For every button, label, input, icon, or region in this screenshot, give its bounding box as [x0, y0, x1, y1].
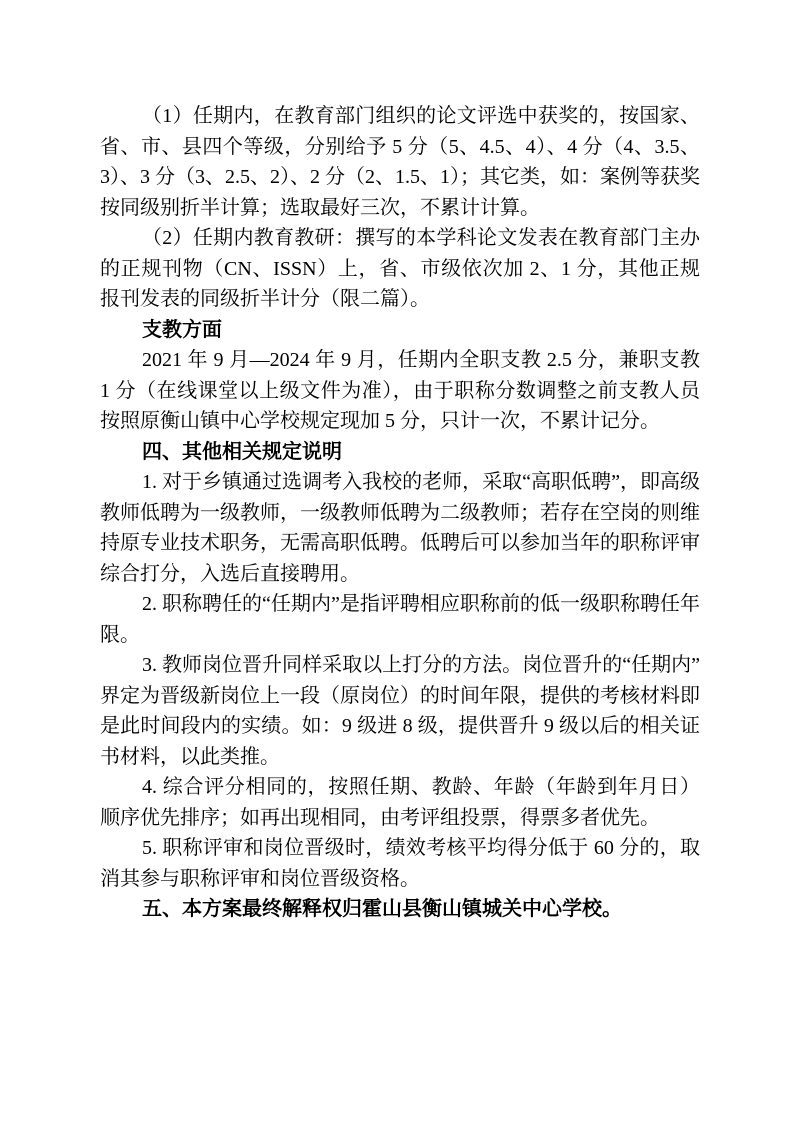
- heading-section-four-other-rules: 四、其他相关规定说明: [100, 437, 700, 468]
- heading-section-five-final-interpretation: 五、本方案最终解释权归霍山县衡山镇城关中心学校。: [100, 894, 700, 925]
- paragraph-rule-1-transfer-teachers: 1. 对于乡镇通过选调考入我校的老师，采取“高职低聘”，即高级教师低聘为一级教师…: [100, 467, 700, 589]
- paragraph-article-awards: （1）任期内，在教育部门组织的论文评选中获奖的，按国家、省、市、县四个等级，分别…: [100, 101, 700, 223]
- paragraph-rule-4-tiebreaker: 4. 综合评分相同的，按照任期、教龄、年龄（年龄到年月日）顺序优先排序；如再出现…: [100, 772, 700, 833]
- paragraph-rule-5-performance-threshold: 5. 职称评审和岗位晋级时，绩效考核平均得分低于 60 分的，取消其参与职称评审…: [100, 833, 700, 894]
- paragraph-education-research: （2）任期内教育教研：撰写的本学科论文发表在教育部门主办的正规刊物（CN、ISS…: [100, 223, 700, 315]
- document-page: （1）任期内，在教育部门组织的论文评选中获奖的，按国家、省、市、县四个等级，分别…: [0, 0, 793, 1122]
- paragraph-rule-3-post-promotion: 3. 教师岗位晋升同样采取以上打分的方法。岗位晋升的“任期内”界定为晋级新岗位上…: [100, 650, 700, 772]
- heading-teaching-support: 支教方面: [100, 315, 700, 346]
- paragraph-rule-2-tenure-definition: 2. 职称聘任的“任期内”是指评聘相应职称前的低一级职称聘任年限。: [100, 589, 700, 650]
- paragraph-teaching-support-detail: 2021 年 9 月—2024 年 9 月，任期内全职支教 2.5 分，兼职支教…: [100, 345, 700, 437]
